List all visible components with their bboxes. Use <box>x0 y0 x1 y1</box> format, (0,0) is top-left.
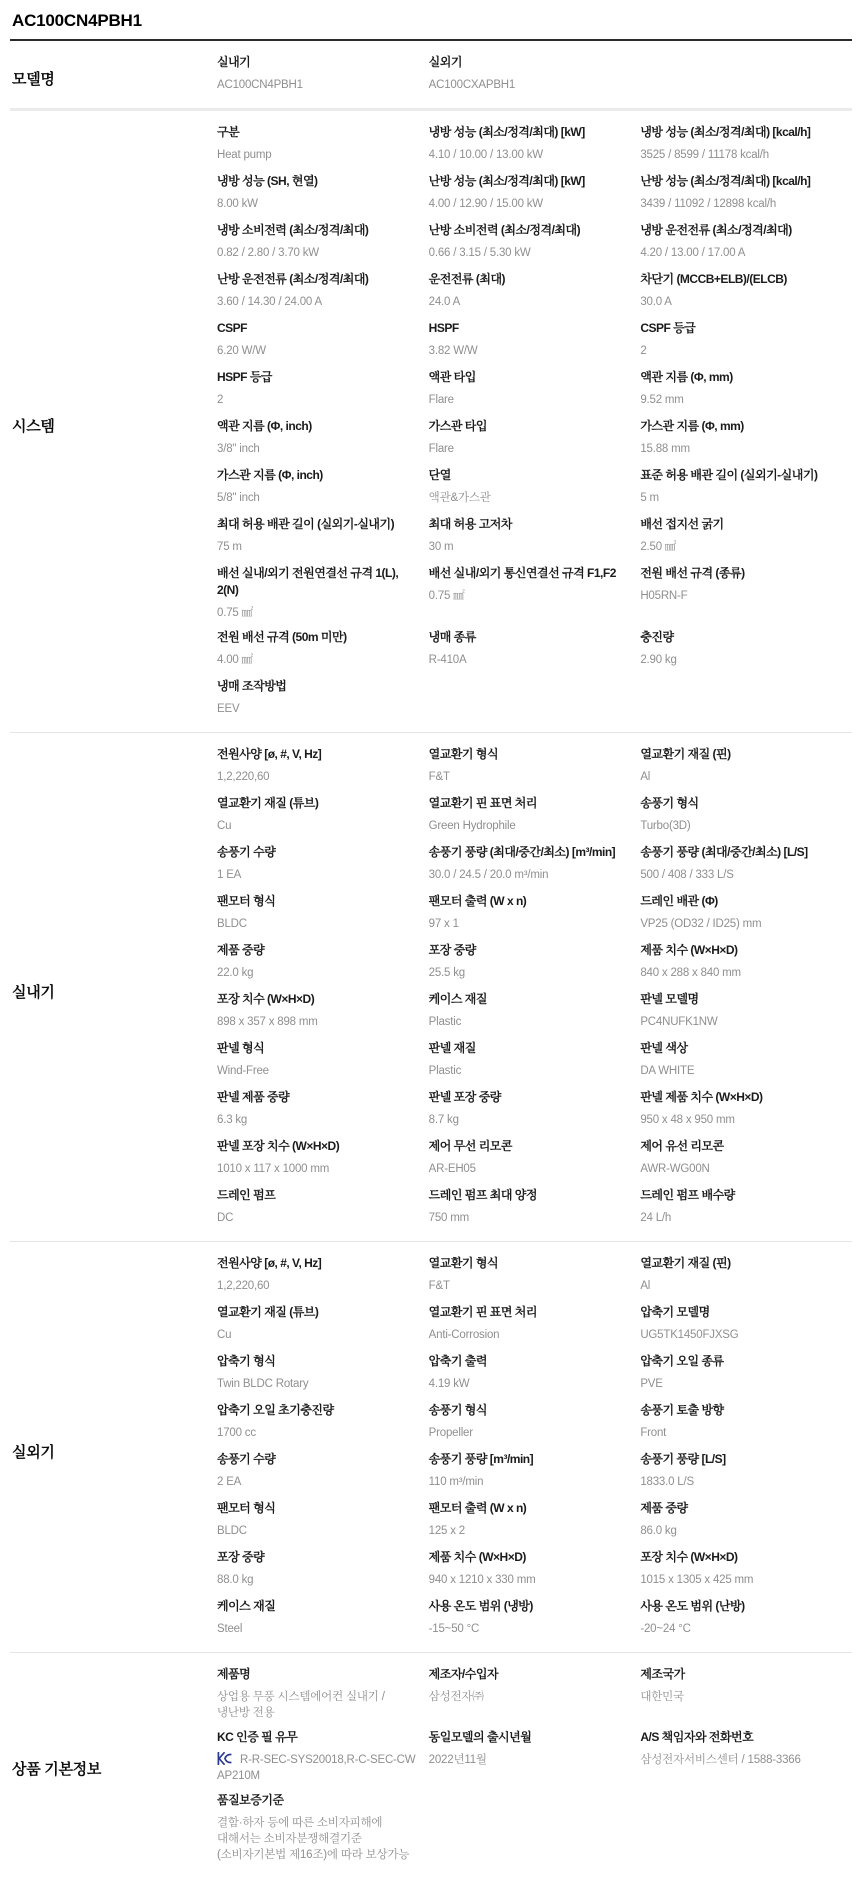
spec-value: 0.75 ㎟ <box>217 605 417 621</box>
spec-label: 품질보증기준 <box>217 1792 417 1809</box>
spec-label: 가스관 지름 (Φ, inch) <box>217 467 417 484</box>
spec-value: 940 x 1210 x 330 mm <box>429 1572 629 1588</box>
spec-label: 난방 운전전류 (최소/정격/최대) <box>217 271 417 288</box>
spec-value: 2.50 ㎟ <box>640 539 840 555</box>
spec-item: 드레인 펌프 배수량 24 L/h <box>640 1187 852 1228</box>
spec-label: 냉방 성능 (최소/정격/최대) [kW] <box>429 124 629 141</box>
spec-item: 제품 치수 (W×H×D) 940 x 1210 x 330 mm <box>429 1549 641 1590</box>
spec-value: H05RN-F <box>640 588 840 604</box>
spec-value: 6.20 W/W <box>217 343 417 359</box>
section-title: 모델명 <box>10 68 217 89</box>
spec-item: 가스관 지름 (Φ, inch) 5/8" inch <box>217 467 429 508</box>
spec-item: 케이스 재질 Plastic <box>429 991 641 1032</box>
spec-item: 팬모터 출력 (W x n) 125 x 2 <box>429 1500 641 1541</box>
spec-item: 전원사양 [ø, #, V, Hz] 1,2,220,60 <box>217 746 429 787</box>
spec-label: 케이스 재질 <box>217 1598 417 1615</box>
spec-item: 송풍기 풍량 (최대/중간/최소) [L/S] 500 / 408 / 333 … <box>640 844 852 885</box>
spec-value: 3525 / 8599 / 11178 kcal/h <box>640 147 840 163</box>
spec-item: 냉방 성능 (SH, 현열) 8.00 kW <box>217 173 429 214</box>
spec-item: CSPF 6.20 W/W <box>217 320 429 361</box>
spec-value: -15~50 °C <box>429 1621 629 1637</box>
spec-item: 가스관 타입 Flare <box>429 418 641 459</box>
spec-value: BLDC <box>217 1523 417 1539</box>
spec-value: 1700 cc <box>217 1425 417 1441</box>
spec-item: 전원 배선 규격 (종류) H05RN-F <box>640 565 852 606</box>
spec-value: AC100CN4PBH1 <box>217 77 417 93</box>
spec-item: KC 인증 필 유무 R-R-SEC-SYS20018,R-C-SEC-CWAP… <box>217 1729 429 1784</box>
spec-label: 드레인 펌프 배수량 <box>640 1187 840 1204</box>
spec-label: 판넬 포장 중량 <box>429 1089 629 1106</box>
spec-value: 4.00 ㎟ <box>217 652 417 668</box>
spec-value: 삼성전자서비스센터 / 1588-3366 <box>640 1752 840 1768</box>
spec-value: 4.20 / 13.00 / 17.00 A <box>640 245 840 261</box>
spec-value: R-410A <box>429 652 629 668</box>
spec-label: CSPF 등급 <box>640 320 840 337</box>
section-grid: 제품명 상업용 무풍 시스템에어컨 실내기 / 냉난방 전용 제조자/수입자 삼… <box>217 1666 852 1871</box>
spec-label: 냉매 조작방법 <box>217 678 417 695</box>
spec-value: UG5TK1450FJXSG <box>640 1327 840 1343</box>
spec-item: 송풍기 토출 방향 Front <box>640 1402 852 1443</box>
spec-sections: 모델명 실내기 AC100CN4PBH1 실외기 AC100CXAPBH1 시스… <box>10 41 852 1876</box>
spec-item: 제품 중량 22.0 kg <box>217 942 429 983</box>
spec-value: 97 x 1 <box>429 916 629 932</box>
spec-label: 냉방 소비전력 (최소/정격/최대) <box>217 222 417 239</box>
spec-label: 송풍기 풍량 (최대/중간/최소) [m³/min] <box>429 844 629 861</box>
spec-value: 2.90 kg <box>640 652 840 668</box>
spec-value: BLDC <box>217 916 417 932</box>
spec-label: 팬모터 출력 (W x n) <box>429 1500 629 1517</box>
spec-value: Al <box>640 769 840 785</box>
section-title: 실외기 <box>10 1441 217 1462</box>
section-grid: 전원사양 [ø, #, V, Hz] 1,2,220,60 열교환기 형식 F&… <box>217 746 852 1236</box>
spec-label: 동일모델의 출시년월 <box>429 1729 629 1746</box>
section-grid: 실내기 AC100CN4PBH1 실외기 AC100CXAPBH1 <box>217 54 852 103</box>
spec-item: 사용 온도 범위 (냉방) -15~50 °C <box>429 1598 641 1639</box>
spec-item: 열교환기 재질 (튜브) Cu <box>217 1304 429 1345</box>
spec-value: PVE <box>640 1376 840 1392</box>
spec-item: 열교환기 재질 (핀) Al <box>640 746 852 787</box>
spec-value: Turbo(3D) <box>640 818 840 834</box>
spec-value: Flare <box>429 441 629 457</box>
spec-value: DC <box>217 1210 417 1226</box>
spec-label: 송풍기 수량 <box>217 1451 417 1468</box>
spec-value: 840 x 288 x 840 mm <box>640 965 840 981</box>
spec-label: 냉방 운전전류 (최소/정격/최대) <box>640 222 840 239</box>
section-indoor-unit: 실내기 전원사양 [ø, #, V, Hz] 1,2,220,60 열교환기 형… <box>10 733 852 1242</box>
spec-value: 0.75 ㎟ <box>429 588 629 604</box>
spec-value: Plastic <box>429 1063 629 1079</box>
spec-item: 제어 무선 리모콘 AR-EH05 <box>429 1138 641 1179</box>
spec-item: 난방 운전전류 (최소/정격/최대) 3.60 / 14.30 / 24.00 … <box>217 271 429 312</box>
spec-label: 압축기 모델명 <box>640 1304 840 1321</box>
spec-item: 최대 허용 배관 길이 (실외기-실내기) 75 m <box>217 516 429 557</box>
spec-item: 판넬 형식 Wind-Free <box>217 1040 429 1081</box>
spec-item: 압축기 오일 종류 PVE <box>640 1353 852 1394</box>
spec-label: 제품 치수 (W×H×D) <box>429 1549 629 1566</box>
spec-item: 판넬 모델명 PC4NUFK1NW <box>640 991 852 1032</box>
spec-label: 송풍기 형식 <box>640 795 840 812</box>
spec-item: 판넬 색상 DA WHITE <box>640 1040 852 1081</box>
spec-item: 배선 실내/외기 통신연결선 규격 F1,F2 0.75 ㎟ <box>429 565 641 606</box>
spec-value: Steel <box>217 1621 417 1637</box>
spec-item: 열교환기 재질 (핀) Al <box>640 1255 852 1296</box>
spec-label: 배선 실내/외기 전원연결선 규격 1(L), 2(N) <box>217 565 417 599</box>
spec-value: 8.7 kg <box>429 1112 629 1128</box>
spec-label: 배선 접지선 굵기 <box>640 516 840 533</box>
spec-value: 3.82 W/W <box>429 343 629 359</box>
spec-item: CSPF 등급 2 <box>640 320 852 361</box>
spec-label: 열교환기 재질 (핀) <box>640 746 840 763</box>
spec-item: 포장 중량 25.5 kg <box>429 942 641 983</box>
spec-item: 냉방 성능 (최소/정격/최대) [kW] 4.10 / 10.00 / 13.… <box>429 124 641 165</box>
spec-value: 30.0 / 24.5 / 20.0 m³/min <box>429 867 629 883</box>
spec-label: 팬모터 출력 (W x n) <box>429 893 629 910</box>
section-title: 실내기 <box>10 981 217 1002</box>
spec-value: 2 EA <box>217 1474 417 1490</box>
spec-label: 제품 중량 <box>217 942 417 959</box>
spec-label: 판넬 색상 <box>640 1040 840 1057</box>
spec-label: 가스관 타입 <box>429 418 629 435</box>
spec-label: 사용 온도 범위 (난방) <box>640 1598 840 1615</box>
spec-item: 품질보증기준 결함·하자 등에 따른 소비자피해에 대해서는 소비자분쟁해결기준… <box>217 1792 429 1863</box>
spec-item: 실내기 AC100CN4PBH1 <box>217 54 429 95</box>
spec-item: 판넬 제품 치수 (W×H×D) 950 x 48 x 950 mm <box>640 1089 852 1130</box>
spec-label: 판넬 포장 치수 (W×H×D) <box>217 1138 417 1155</box>
spec-item: 열교환기 형식 F&T <box>429 746 641 787</box>
spec-label: 가스관 지름 (Φ, mm) <box>640 418 840 435</box>
spec-value: AC100CXAPBH1 <box>429 77 629 93</box>
spec-value: 삼성전자㈜ <box>429 1689 629 1705</box>
spec-item: 송풍기 풍량 (최대/중간/최소) [m³/min] 30.0 / 24.5 /… <box>429 844 641 885</box>
spec-value: 4.10 / 10.00 / 13.00 kW <box>429 147 629 163</box>
spec-item: 포장 치수 (W×H×D) 898 x 357 x 898 mm <box>217 991 429 1032</box>
spec-label: 냉방 성능 (최소/정격/최대) [kcal/h] <box>640 124 840 141</box>
spec-value: 1015 x 1305 x 425 mm <box>640 1572 840 1588</box>
spec-item: 제품명 상업용 무풍 시스템에어컨 실내기 / 냉난방 전용 <box>217 1666 429 1721</box>
spec-value: 결함·하자 등에 따른 소비자피해에 대해서는 소비자분쟁해결기준(소비자기본법… <box>217 1815 417 1863</box>
spec-value: 500 / 408 / 333 L/S <box>640 867 840 883</box>
spec-value: VP25 (OD32 / ID25) mm <box>640 916 840 932</box>
section-outdoor-unit: 실외기 전원사양 [ø, #, V, Hz] 1,2,220,60 열교환기 형… <box>10 1242 852 1653</box>
spec-label: CSPF <box>217 320 417 337</box>
page-title: AC100CN4PBH1 <box>10 0 852 41</box>
spec-item: 팬모터 형식 BLDC <box>217 1500 429 1541</box>
spec-item: 난방 성능 (최소/정격/최대) [kcal/h] 3439 / 11092 /… <box>640 173 852 214</box>
spec-value: 액관&가스관 <box>429 490 629 506</box>
spec-label: 드레인 펌프 최대 양정 <box>429 1187 629 1204</box>
spec-label: KC 인증 필 유무 <box>217 1729 417 1746</box>
spec-item: 전원사양 [ø, #, V, Hz] 1,2,220,60 <box>217 1255 429 1296</box>
spec-item: 배선 실내/외기 전원연결선 규격 1(L), 2(N) 0.75 ㎟ <box>217 565 429 621</box>
spec-item: 구분 Heat pump <box>217 124 429 165</box>
spec-item: 판넬 포장 중량 8.7 kg <box>429 1089 641 1130</box>
spec-label: 실외기 <box>429 54 629 71</box>
spec-value: Anti-Corrosion <box>429 1327 629 1343</box>
spec-item: 제조국가 대한민국 <box>640 1666 852 1707</box>
spec-label: 열교환기 형식 <box>429 1255 629 1272</box>
spec-value: 2 <box>640 343 840 359</box>
spec-item: 송풍기 형식 Turbo(3D) <box>640 795 852 836</box>
spec-label: 제품 중량 <box>640 1500 840 1517</box>
spec-item: 난방 성능 (최소/정격/최대) [kW] 4.00 / 12.90 / 15.… <box>429 173 641 214</box>
spec-label: 표준 허용 배관 길이 (실외기-실내기) <box>640 467 840 484</box>
spec-value: 1833.0 L/S <box>640 1474 840 1490</box>
spec-value: 22.0 kg <box>217 965 417 981</box>
spec-item: 열교환기 형식 F&T <box>429 1255 641 1296</box>
spec-value: 3/8" inch <box>217 441 417 457</box>
spec-label: 열교환기 재질 (튜브) <box>217 1304 417 1321</box>
spec-label: 압축기 오일 종류 <box>640 1353 840 1370</box>
spec-label: 송풍기 풍량 [L/S] <box>640 1451 840 1468</box>
spec-label: 사용 온도 범위 (냉방) <box>429 1598 629 1615</box>
spec-label: 전원 배선 규격 (50m 미만) <box>217 629 417 646</box>
spec-label: 차단기 (MCCB+ELB)/(ELCB) <box>640 271 840 288</box>
spec-value: Flare <box>429 392 629 408</box>
spec-value: Plastic <box>429 1014 629 1030</box>
spec-item: 압축기 오일 초기충진량 1700 cc <box>217 1402 429 1443</box>
spec-value: F&T <box>429 769 629 785</box>
spec-value: 0.66 / 3.15 / 5.30 kW <box>429 245 629 261</box>
section-model-name: 모델명 실내기 AC100CN4PBH1 실외기 AC100CXAPBH1 <box>10 41 852 111</box>
spec-item: HSPF 3.82 W/W <box>429 320 641 361</box>
spec-item: 표준 허용 배관 길이 (실외기-실내기) 5 m <box>640 467 852 508</box>
spec-item: 차단기 (MCCB+ELB)/(ELCB) 30.0 A <box>640 271 852 312</box>
spec-label: 배선 실내/외기 통신연결선 규격 F1,F2 <box>429 565 629 582</box>
kc-mark-icon <box>217 1752 232 1765</box>
spec-label: 충진량 <box>640 629 840 646</box>
spec-value: 6.3 kg <box>217 1112 417 1128</box>
spec-item: 드레인 배관 (Φ) VP25 (OD32 / ID25) mm <box>640 893 852 934</box>
spec-value: 상업용 무풍 시스템에어컨 실내기 / 냉난방 전용 <box>217 1689 417 1721</box>
spec-label: 송풍기 풍량 [m³/min] <box>429 1451 629 1468</box>
spec-item: 팬모터 출력 (W x n) 97 x 1 <box>429 893 641 934</box>
spec-value: R-R-SEC-SYS20018,R-C-SEC-CWAP210M <box>217 1752 417 1784</box>
spec-item: 냉방 운전전류 (최소/정격/최대) 4.20 / 13.00 / 17.00 … <box>640 222 852 263</box>
spec-item: 압축기 모델명 UG5TK1450FJXSG <box>640 1304 852 1345</box>
product-spec-page: AC100CN4PBH1 모델명 실내기 AC100CN4PBH1 실외기 AC… <box>0 0 860 1896</box>
spec-item: 제품 치수 (W×H×D) 840 x 288 x 840 mm <box>640 942 852 983</box>
spec-value: PC4NUFK1NW <box>640 1014 840 1030</box>
spec-label: 제어 유선 리모콘 <box>640 1138 840 1155</box>
spec-label: 전원사양 [ø, #, V, Hz] <box>217 1255 417 1272</box>
spec-label: 제조자/수입자 <box>429 1666 629 1683</box>
spec-item: 압축기 형식 Twin BLDC Rotary <box>217 1353 429 1394</box>
spec-item: 가스관 지름 (Φ, mm) 15.88 mm <box>640 418 852 459</box>
spec-value: 9.52 mm <box>640 392 840 408</box>
spec-item: HSPF 등급 2 <box>217 369 429 410</box>
spec-label: 제조국가 <box>640 1666 840 1683</box>
spec-label: 단열 <box>429 467 629 484</box>
spec-item: 냉매 조작방법 EEV <box>217 678 429 719</box>
spec-item: 냉매 종류 R-410A <box>429 629 641 670</box>
spec-item: 판넬 제품 중량 6.3 kg <box>217 1089 429 1130</box>
spec-label: 열교환기 핀 표면 처리 <box>429 795 629 812</box>
spec-label: 냉매 종류 <box>429 629 629 646</box>
spec-label: 포장 치수 (W×H×D) <box>217 991 417 1008</box>
section-title: 상품 기본정보 <box>10 1758 217 1779</box>
spec-item: 운전전류 (최대) 24.0 A <box>429 271 641 312</box>
spec-value: 950 x 48 x 950 mm <box>640 1112 840 1128</box>
spec-item: 난방 소비전력 (최소/정격/최대) 0.66 / 3.15 / 5.30 kW <box>429 222 641 263</box>
spec-item: 열교환기 핀 표면 처리 Green Hydrophile <box>429 795 641 836</box>
spec-item: 최대 허용 고저차 30 m <box>429 516 641 557</box>
spec-value: DA WHITE <box>640 1063 840 1079</box>
spec-label: 난방 성능 (최소/정격/최대) [kcal/h] <box>640 173 840 190</box>
spec-item: 제조자/수입자 삼성전자㈜ <box>429 1666 641 1707</box>
spec-label: 판넬 형식 <box>217 1040 417 1057</box>
spec-label: HSPF <box>429 320 629 337</box>
spec-item: 드레인 펌프 최대 양정 750 mm <box>429 1187 641 1228</box>
spec-label: 최대 허용 배관 길이 (실외기-실내기) <box>217 516 417 533</box>
spec-label: 열교환기 핀 표면 처리 <box>429 1304 629 1321</box>
spec-item: 압축기 출력 4.19 kW <box>429 1353 641 1394</box>
spec-item: 열교환기 핀 표면 처리 Anti-Corrosion <box>429 1304 641 1345</box>
spec-value: 1,2,220,60 <box>217 769 417 785</box>
section-grid: 구분 Heat pump 냉방 성능 (최소/정격/최대) [kW] 4.10 … <box>217 124 852 727</box>
spec-value: 2 <box>217 392 417 408</box>
spec-value: 4.00 / 12.90 / 15.00 kW <box>429 196 629 212</box>
spec-value: 3439 / 11092 / 12898 kcal/h <box>640 196 840 212</box>
spec-label: 포장 중량 <box>429 942 629 959</box>
spec-value: 24 L/h <box>640 1210 840 1226</box>
spec-value: 3.60 / 14.30 / 24.00 A <box>217 294 417 310</box>
spec-item: A/S 책임자와 전화번호 삼성전자서비스센터 / 1588-3366 <box>640 1729 852 1770</box>
spec-value: Cu <box>217 818 417 834</box>
spec-value: Twin BLDC Rotary <box>217 1376 417 1392</box>
spec-label: 포장 중량 <box>217 1549 417 1566</box>
spec-label: 드레인 배관 (Φ) <box>640 893 840 910</box>
spec-value: 30.0 A <box>640 294 840 310</box>
spec-label: 액관 지름 (Φ, mm) <box>640 369 840 386</box>
spec-value: 750 mm <box>429 1210 629 1226</box>
spec-label: 전원 배선 규격 (종류) <box>640 565 840 582</box>
spec-label: 송풍기 풍량 (최대/중간/최소) [L/S] <box>640 844 840 861</box>
spec-item: 열교환기 재질 (튜브) Cu <box>217 795 429 836</box>
spec-label: 열교환기 형식 <box>429 746 629 763</box>
spec-value: 5/8" inch <box>217 490 417 506</box>
spec-value: 15.88 mm <box>640 441 840 457</box>
spec-value: 86.0 kg <box>640 1523 840 1539</box>
spec-label: 난방 소비전력 (최소/정격/최대) <box>429 222 629 239</box>
spec-item: 케이스 재질 Steel <box>217 1598 429 1639</box>
spec-item: 판넬 포장 치수 (W×H×D) 1010 x 117 x 1000 mm <box>217 1138 429 1179</box>
spec-item: 액관 지름 (Φ, mm) 9.52 mm <box>640 369 852 410</box>
spec-item: 액관 지름 (Φ, inch) 3/8" inch <box>217 418 429 459</box>
spec-item: 사용 온도 범위 (난방) -20~24 °C <box>640 1598 852 1639</box>
spec-value: 30 m <box>429 539 629 555</box>
spec-label: 운전전류 (최대) <box>429 271 629 288</box>
spec-label: 구분 <box>217 124 417 141</box>
spec-value: 25.5 kg <box>429 965 629 981</box>
spec-value: 1010 x 117 x 1000 mm <box>217 1161 417 1177</box>
spec-item: 실외기 AC100CXAPBH1 <box>429 54 641 95</box>
spec-label: 최대 허용 고저차 <box>429 516 629 533</box>
section-product-basic-info: 상품 기본정보 제품명 상업용 무풍 시스템에어컨 실내기 / 냉난방 전용 제… <box>10 1653 852 1876</box>
spec-label: 액관 지름 (Φ, inch) <box>217 418 417 435</box>
spec-value: Heat pump <box>217 147 417 163</box>
spec-item: 송풍기 형식 Propeller <box>429 1402 641 1443</box>
spec-label: 압축기 형식 <box>217 1353 417 1370</box>
spec-value: -20~24 °C <box>640 1621 840 1637</box>
spec-label: 팬모터 형식 <box>217 1500 417 1517</box>
spec-item: 배선 접지선 굵기 2.50 ㎟ <box>640 516 852 557</box>
spec-value: 대한민국 <box>640 1689 840 1705</box>
spec-item: 팬모터 형식 BLDC <box>217 893 429 934</box>
spec-label: 포장 치수 (W×H×D) <box>640 1549 840 1566</box>
spec-label: 압축기 오일 초기충진량 <box>217 1402 417 1419</box>
spec-item: 송풍기 수량 1 EA <box>217 844 429 885</box>
spec-value: 125 x 2 <box>429 1523 629 1539</box>
spec-item: 드레인 펌프 DC <box>217 1187 429 1228</box>
spec-label: 압축기 출력 <box>429 1353 629 1370</box>
spec-value: Green Hydrophile <box>429 818 629 834</box>
spec-item: 냉방 소비전력 (최소/정격/최대) 0.82 / 2.80 / 3.70 kW <box>217 222 429 263</box>
spec-value: 1 EA <box>217 867 417 883</box>
spec-item: 제품 중량 86.0 kg <box>640 1500 852 1541</box>
spec-value: AR-EH05 <box>429 1161 629 1177</box>
spec-value: Wind-Free <box>217 1063 417 1079</box>
spec-value: 8.00 kW <box>217 196 417 212</box>
spec-value: 0.82 / 2.80 / 3.70 kW <box>217 245 417 261</box>
spec-item: 동일모델의 출시년월 2022년11월 <box>429 1729 641 1770</box>
spec-value: 4.19 kW <box>429 1376 629 1392</box>
spec-value: AWR-WG00N <box>640 1161 840 1177</box>
spec-value: Front <box>640 1425 840 1441</box>
section-system: 시스템 구분 Heat pump 냉방 성능 (최소/정격/최대) [kW] 4… <box>10 111 852 733</box>
spec-label: 송풍기 형식 <box>429 1402 629 1419</box>
spec-label: 판넬 재질 <box>429 1040 629 1057</box>
spec-value: 2022년11월 <box>429 1752 629 1768</box>
spec-label: 열교환기 재질 (튜브) <box>217 795 417 812</box>
spec-item: 판넬 재질 Plastic <box>429 1040 641 1081</box>
spec-label: 실내기 <box>217 54 417 71</box>
spec-label: 판넬 제품 치수 (W×H×D) <box>640 1089 840 1106</box>
spec-label: 드레인 펌프 <box>217 1187 417 1204</box>
spec-item: 송풍기 풍량 [m³/min] 110 m³/min <box>429 1451 641 1492</box>
spec-label: A/S 책임자와 전화번호 <box>640 1729 840 1746</box>
spec-item: 액관 타입 Flare <box>429 369 641 410</box>
spec-value: F&T <box>429 1278 629 1294</box>
spec-label: 액관 타입 <box>429 369 629 386</box>
spec-item: 전원 배선 규격 (50m 미만) 4.00 ㎟ <box>217 629 429 670</box>
spec-label: 난방 성능 (최소/정격/최대) [kW] <box>429 173 629 190</box>
spec-value: EEV <box>217 701 417 717</box>
spec-value: 898 x 357 x 898 mm <box>217 1014 417 1030</box>
spec-value: Al <box>640 1278 840 1294</box>
spec-label: 송풍기 수량 <box>217 844 417 861</box>
spec-label: 냉방 성능 (SH, 현열) <box>217 173 417 190</box>
spec-value: 88.0 kg <box>217 1572 417 1588</box>
spec-label: 판넬 제품 중량 <box>217 1089 417 1106</box>
spec-item: 단열 액관&가스관 <box>429 467 641 508</box>
spec-value: 1,2,220,60 <box>217 1278 417 1294</box>
spec-item: 포장 중량 88.0 kg <box>217 1549 429 1590</box>
spec-item: 냉방 성능 (최소/정격/최대) [kcal/h] 3525 / 8599 / … <box>640 124 852 165</box>
spec-value: Cu <box>217 1327 417 1343</box>
spec-label: 제품 치수 (W×H×D) <box>640 942 840 959</box>
spec-label: 팬모터 형식 <box>217 893 417 910</box>
spec-label: 열교환기 재질 (핀) <box>640 1255 840 1272</box>
section-title: 시스템 <box>10 415 217 436</box>
spec-label: 송풍기 토출 방향 <box>640 1402 840 1419</box>
spec-value: 24.0 A <box>429 294 629 310</box>
spec-value: 5 m <box>640 490 840 506</box>
spec-label: 제어 무선 리모콘 <box>429 1138 629 1155</box>
spec-value: 110 m³/min <box>429 1474 629 1490</box>
spec-item: 송풍기 풍량 [L/S] 1833.0 L/S <box>640 1451 852 1492</box>
spec-label: 전원사양 [ø, #, V, Hz] <box>217 746 417 763</box>
spec-label: HSPF 등급 <box>217 369 417 386</box>
